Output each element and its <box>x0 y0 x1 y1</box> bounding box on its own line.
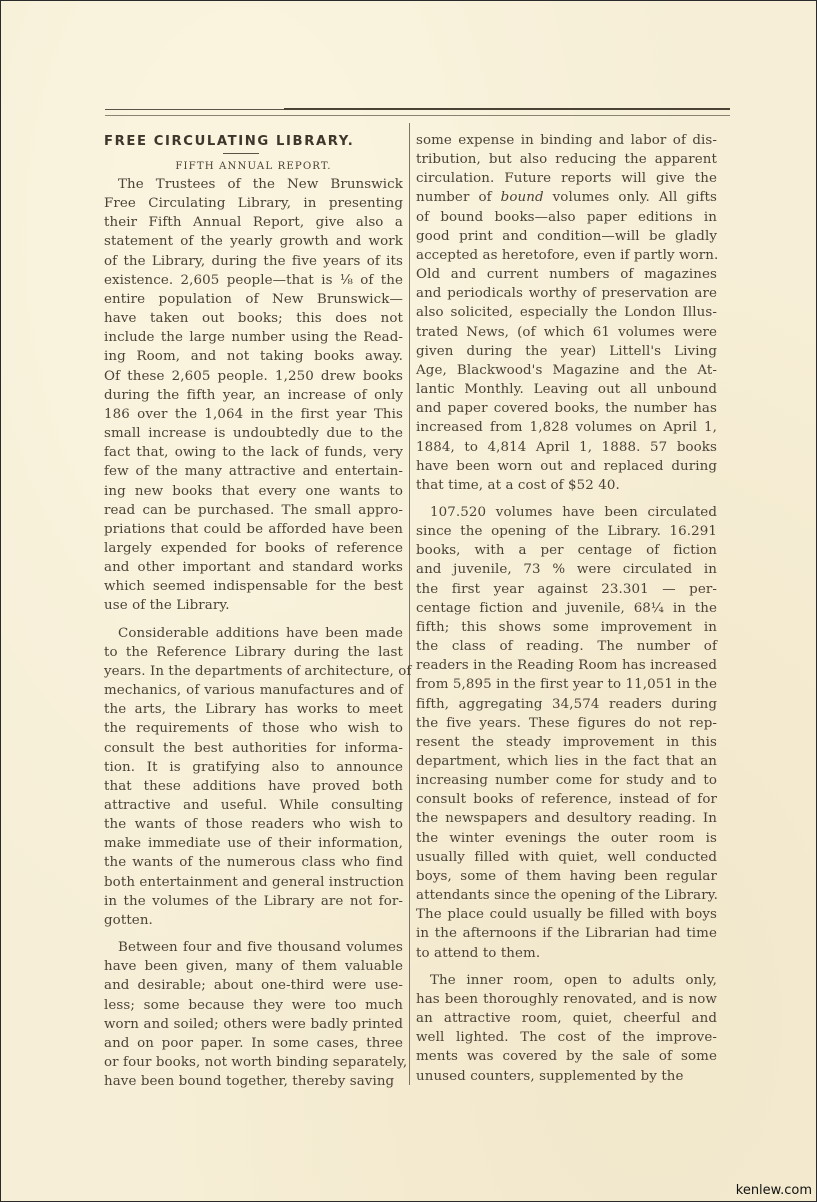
text-line: unused counters, supplemented by the <box>416 1067 717 1086</box>
text-line: the wants of those readers who wish to <box>104 815 403 834</box>
text-line: and juvenile, 73 % were circulated in <box>416 560 717 579</box>
text-line: Old and current numbers of magazines <box>416 265 717 284</box>
text-line: have been given, many of them valuable <box>104 957 403 976</box>
text-line: the requirements of those who wish to <box>104 719 403 738</box>
text-line: the wants of the numerous class who find <box>104 853 403 872</box>
text-line: department, which lies in the fact that … <box>416 752 717 771</box>
text-line: that these additions have proved both <box>104 777 403 796</box>
text-line: make immediate use of their information, <box>104 834 403 853</box>
text-line: the newspapers and desultory reading. In <box>416 809 717 828</box>
text-line: centage fiction and juvenile, 68¼ in the <box>416 599 717 618</box>
text-line: in the volumes of the Library are not fo… <box>104 892 403 911</box>
text-line: entire population of New Brunswick— <box>104 290 403 309</box>
text-line: trated News, (of which 61 volumes were <box>416 323 717 342</box>
text-line: resent the steady improvement in this <box>416 733 717 752</box>
text-line: boys, some of them having been regular <box>416 867 717 886</box>
text-line: lantic Monthly. Leaving out all unbound <box>416 380 717 399</box>
text-line: tribution, but also reducing the apparen… <box>416 150 717 169</box>
text-line: tion. It is gratifying also to announce <box>104 758 403 777</box>
text-line: Between four and five thousand volumes <box>104 938 403 957</box>
text-line: have been bound together, thereby saving <box>104 1072 403 1091</box>
text-line: attendants since the opening of the Libr… <box>416 886 717 905</box>
text-line: to attend to them. <box>416 944 717 963</box>
text-line: well lighted. The cost of the improve- <box>416 1028 717 1047</box>
paragraph: Considerable additions have been madeto … <box>104 624 403 931</box>
text-line: read can be purchased. The small appro- <box>104 501 403 520</box>
text-line: years. In the departments of architectur… <box>104 662 403 681</box>
newspaper-page: FREE CIRCULATING LIBRARY. FIFTH ANNUAL R… <box>1 1 816 1201</box>
text-line: or four books, not worth binding separat… <box>104 1053 403 1072</box>
text-line: since the opening of the Library. 16.291 <box>416 522 717 541</box>
text-line: and paper covered books, the number has <box>416 399 717 418</box>
watermark: kenlew.com <box>736 1183 812 1198</box>
header-rule-thin <box>105 115 730 116</box>
text-line: largely expended for books of reference <box>104 539 403 558</box>
text-line: consult the best authorities for informa… <box>104 739 403 758</box>
text-line: few of the many attractive and entertain… <box>104 462 403 481</box>
text-line: Of these 2,605 people. 1,250 drew books <box>104 367 403 386</box>
text-line: use of the Library. <box>104 596 403 615</box>
header-rule-thick <box>284 108 730 110</box>
text-line: has been thoroughly renovated, and is no… <box>416 990 717 1009</box>
text-line: worn and soiled; others were badly print… <box>104 1015 403 1034</box>
article-subheading: FIFTH ANNUAL REPORT. <box>104 161 403 172</box>
text-line: accepted as heretofore, even if partly w… <box>416 246 717 265</box>
text-line: ments was covered by the sale of some <box>416 1047 717 1066</box>
text-line: have taken out books; this does not <box>104 309 403 328</box>
text-line: fact that, owing to the lack of funds, v… <box>104 443 403 462</box>
text-line: ing new books that every one wants to <box>104 482 403 501</box>
text-line: an attractive room, quiet, cheerful and <box>416 1009 717 1028</box>
text-line: and periodicals worthy of preservation a… <box>416 284 717 303</box>
text-line: the class of reading. The number of <box>416 637 717 656</box>
headline-divider <box>223 153 259 154</box>
text-line: The Trustees of the New Brunswick <box>104 175 403 194</box>
text-line: and desirable; about one-third were use- <box>104 976 403 995</box>
column-divider <box>409 123 410 1085</box>
text-line: the arts, the Library has works to meet <box>104 700 403 719</box>
text-line: books, with a per centage of fiction <box>416 541 717 560</box>
text-line: small increase is undoubtedly due to the <box>104 424 403 443</box>
paragraph: The Trustees of the New BrunswickFree Ci… <box>104 175 403 616</box>
text-line: usually filled with quiet, well conducte… <box>416 848 717 867</box>
text-line: circulation. Future reports will give th… <box>416 169 717 188</box>
text-line: fifth, aggregating 34,574 readers during <box>416 695 717 714</box>
text-line: also solicited, especially the London Il… <box>416 303 717 322</box>
text-line: increasing number come for study and to <box>416 771 717 790</box>
text-line: the winter evenings the outer room is <box>416 829 717 848</box>
paragraph: Between four and five thousand volumesha… <box>104 938 403 1091</box>
text-line: the first year against 23.301 — per- <box>416 580 717 599</box>
text-line: 1884, to 4,814 April 1, 1888. 57 books <box>416 438 717 457</box>
text-line: Free Circulating Library, in presenting <box>104 194 403 213</box>
text-line: which seemed indispensable for the best <box>104 577 403 596</box>
paragraph: The inner room, open to adults only,has … <box>416 971 717 1086</box>
text-line: their Fifth Annual Report, give also a <box>104 213 403 232</box>
paragraph: 107.520 volumes have been circulatedsinc… <box>416 503 717 963</box>
text-line: include the large number using the Read- <box>104 328 403 347</box>
right-column: some expense in binding and labor of dis… <box>416 131 717 1086</box>
text-line: statement of the yearly growth and work <box>104 232 403 251</box>
text-line: consult books of reference, instead of f… <box>416 790 717 809</box>
text-line: and on poor paper. In some cases, three <box>104 1034 403 1053</box>
text-line: during the fifth year, an increase of on… <box>104 386 403 405</box>
text-line: Considerable additions have been made <box>104 624 403 643</box>
text-line: The inner room, open to adults only, <box>416 971 717 990</box>
text-line: given during the year) Littell's Living <box>416 342 717 361</box>
text-line: priations that could be afforded have be… <box>104 520 403 539</box>
text-line: number of bound volumes only. All gifts <box>416 188 717 207</box>
text-line: increased from 1,828 volumes on April 1, <box>416 418 717 437</box>
text-line: good print and condition—will be gladly <box>416 227 717 246</box>
text-line: some expense in binding and labor of dis… <box>416 131 717 150</box>
text-line: The place could usually be filled with b… <box>416 905 717 924</box>
paragraph: some expense in binding and labor of dis… <box>416 131 717 495</box>
text-line: mechanics, of various manufactures and o… <box>104 681 403 700</box>
text-line: less; some because they were too much <box>104 996 403 1015</box>
text-line: that time, at a cost of $52 40. <box>416 476 717 495</box>
text-line: of bound books—also paper editions in <box>416 208 717 227</box>
text-line: gotten. <box>104 911 403 930</box>
text-line: Age, Blackwood's Magazine and the At- <box>416 361 717 380</box>
text-line: existence. 2,605 people—that is ⅛ of the <box>104 271 403 290</box>
text-line: both entertainment and general instructi… <box>104 873 403 892</box>
text-line: attractive and useful. While consulting <box>104 796 403 815</box>
text-line: of the Library, during the five years of… <box>104 252 403 271</box>
text-line: ing Room, and not taking books away. <box>104 347 403 366</box>
text-line: 186 over the 1,064 in the first year Thi… <box>104 405 403 424</box>
left-column: The Trustees of the New BrunswickFree Ci… <box>104 175 403 1091</box>
text-line: 107.520 volumes have been circulated <box>416 503 717 522</box>
text-line: fifth; this shows some improvement in <box>416 618 717 637</box>
text-line: in the afternoons if the Librarian had t… <box>416 924 717 943</box>
text-line: the five years. These figures do not rep… <box>416 714 717 733</box>
text-line: from 5,895 in the first year to 11,051 i… <box>416 675 717 694</box>
text-line: readers in the Reading Room has increase… <box>416 656 717 675</box>
text-line: have been worn out and replaced during <box>416 457 717 476</box>
text-line: to the Reference Library during the last <box>104 643 403 662</box>
text-line: and other important and standard works <box>104 558 403 577</box>
article-headline: FREE CIRCULATING LIBRARY. <box>104 134 404 149</box>
